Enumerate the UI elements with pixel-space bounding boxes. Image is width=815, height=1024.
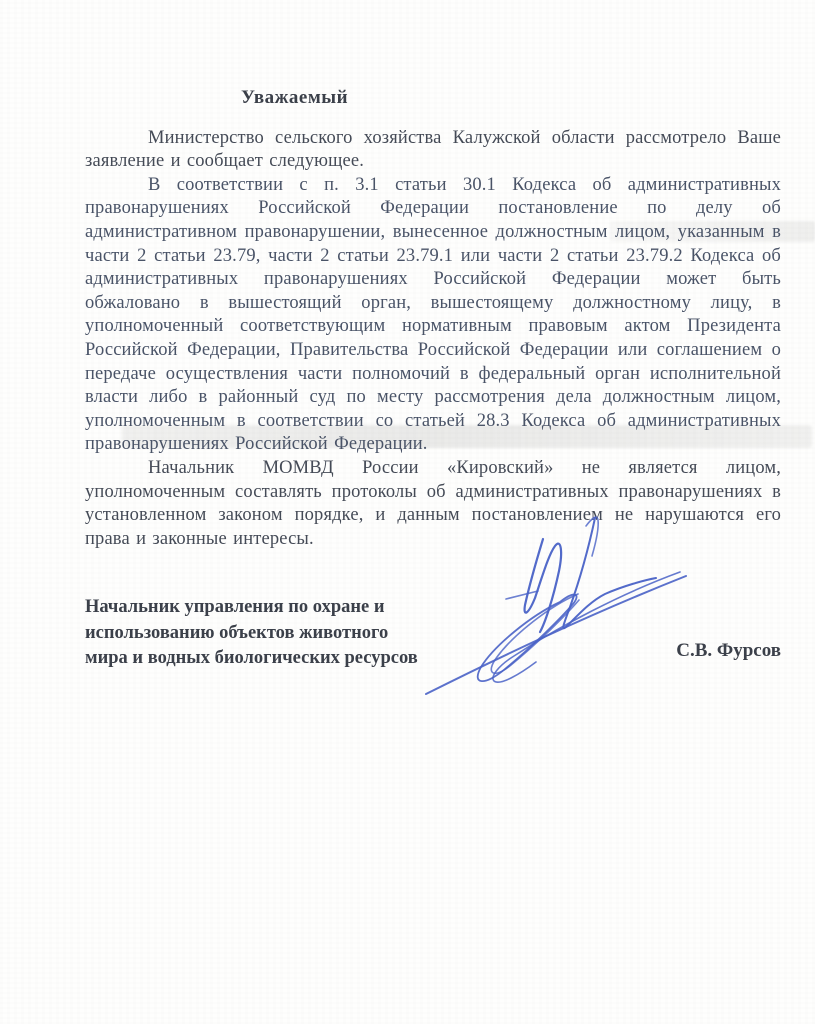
body-paragraph-3: Начальник МОМВД России «Кировский» не яв… (85, 457, 781, 551)
body-paragraph-1: Министерство сельского хозяйства Калужск… (85, 127, 781, 174)
letter-text: Министерство сельского хозяйства Калужск… (85, 127, 781, 552)
letter-page: Уважаемый Министерство сельского хозяйст… (0, 0, 815, 1024)
signatory-position-title: Начальник управления по охране и использ… (85, 595, 477, 672)
salutation-heading: Уважаемый (241, 86, 781, 110)
signatory-name: С.В. Фурсов (676, 639, 781, 672)
body-paragraph-2: В соответствии с п. 3.1 статьи 30.1 Коде… (85, 174, 781, 457)
position-line: использованию объектов животного (85, 621, 477, 647)
letter-body: Уважаемый Министерство сельского хозяйст… (85, 86, 781, 672)
position-line: Начальник управления по охране и (85, 595, 477, 621)
signature-block: Начальник управления по охране и использ… (85, 595, 781, 672)
position-line: мира и водных биологических ресурсов (85, 646, 477, 672)
